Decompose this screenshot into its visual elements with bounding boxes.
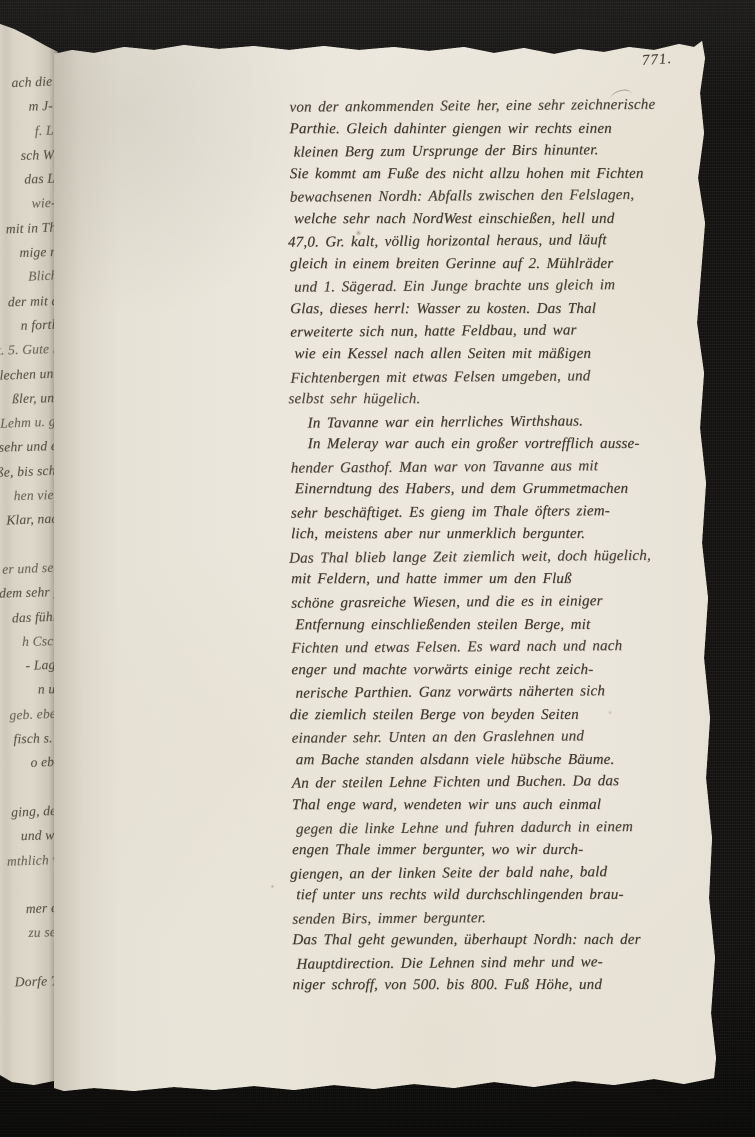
text-fragment-line: mige n bbox=[0, 240, 57, 267]
manuscript-line: Einerndtung des Habers, und dem Grummetm… bbox=[295, 478, 712, 501]
manuscript-line: Sie kommt am Fuße des nicht allzu hohen … bbox=[290, 162, 711, 185]
text-fragment-line: dem sehr ge bbox=[0, 580, 58, 607]
manuscript-line: selbst sehr hügelich. bbox=[288, 388, 711, 411]
manuscript-line: am Bache standen alsdann viele hübsche B… bbox=[296, 749, 713, 772]
text-fragment-line: mthlich war bbox=[0, 847, 58, 875]
manuscript-line: sehr beschäftiget. Es gieng im Thale öft… bbox=[291, 499, 712, 525]
manuscript-line: gleich in einem breiten Gerinne auf 2. M… bbox=[290, 253, 711, 276]
text-fragment-line: älk. 5. Gute h bbox=[0, 337, 58, 364]
text-fragment-line: ging, desto bbox=[0, 798, 58, 826]
manuscript-line: mit Feldern, und hatte immer um den Fluß bbox=[291, 568, 712, 591]
manuscript-line: Fichten und etwas Felsen. Es ward nach u… bbox=[291, 634, 712, 660]
text-fragment-line: f. L bbox=[0, 118, 54, 146]
text-fragment-line: n fortl. bbox=[0, 312, 58, 340]
text-fragment-line: das fühlb. bbox=[0, 604, 58, 632]
text-fragment-line: m J- bbox=[0, 94, 53, 121]
text-fragment-line: ße, bis schl. bbox=[0, 458, 58, 486]
manuscript-line: Das Thal geht gewunden, überhaupt Nordh:… bbox=[292, 929, 713, 952]
manuscript-line: bewachsenen Nordh: Abfalls zwischen den … bbox=[290, 184, 711, 210]
manuscript-line: einander sehr. Unten an den Graslehnen u… bbox=[292, 725, 713, 751]
manuscript-line: schöne grasreiche Wiesen, und die es in … bbox=[291, 589, 712, 615]
manuscript-line: In Meleray war auch ein großer vortreffl… bbox=[308, 433, 712, 456]
text-fragment-line: zu sehen bbox=[0, 920, 58, 947]
manuscript-text-block: von der ankommenden Seite her, eine sehr… bbox=[289, 94, 713, 997]
text-fragment-line: das L bbox=[0, 167, 56, 195]
text-fragment-line: Blich bbox=[0, 264, 58, 292]
text-fragment-line: fisch s. th. bbox=[0, 726, 58, 753]
manuscript-page: 771. von der ankommenden Seite her, eine… bbox=[54, 38, 716, 1092]
text-fragment-line: ßler, und bbox=[0, 386, 58, 413]
manuscript-line: lich, meistens aber nur unmerklich bergu… bbox=[291, 523, 712, 546]
text-fragment-line: o bbox=[0, 531, 58, 558]
manuscript-line: 47,0. Gr. kalt, völlig horizontal heraus… bbox=[288, 229, 711, 255]
manuscript-line: und 1. Sägerad. Ein Junge brachte uns gl… bbox=[294, 274, 711, 300]
text-fragment-line bbox=[0, 944, 58, 972]
text-fragment-line: er und sehr bbox=[0, 555, 58, 583]
manuscript-line: von der ankommenden Seite her, eine sehr… bbox=[289, 93, 710, 119]
text-fragment-line: Dorfe Tava bbox=[0, 969, 58, 996]
manuscript-line: An der steilen Lehne Fichten und Buchen.… bbox=[292, 770, 713, 796]
manuscript-line: Entfernung einschließenden steilen Berge… bbox=[295, 613, 712, 636]
text-fragment-line: h Cschr. bbox=[0, 629, 58, 656]
manuscript-line: giengen, an der linken Seite der bald na… bbox=[290, 860, 713, 886]
manuscript-line: Parthie. Gleich dahinter giengen wir rec… bbox=[290, 117, 711, 140]
text-fragment-line: o ebers bbox=[0, 750, 58, 778]
manuscript-line: Thal enge ward, wendeten wir uns auch ei… bbox=[292, 794, 713, 817]
manuscript-line: Glas, dieses herrl: Wasser zu kosten. Da… bbox=[290, 298, 711, 321]
text-fragment-line bbox=[0, 774, 58, 801]
text-fragment-line: geb. ebend bbox=[0, 701, 58, 729]
manuscript-line: Hauptdirection. Die Lehnen sind mehr und… bbox=[296, 950, 713, 976]
text-fragment-line: hen viele bbox=[0, 483, 58, 510]
text-fragment-line: - Lagen bbox=[0, 652, 58, 680]
manuscript-line: senden Birs, immer bergunter. bbox=[292, 905, 713, 931]
manuscript-line: hender Gasthof. Man war von Tavanne aus … bbox=[291, 454, 712, 480]
text-fragment-line: der mit d bbox=[0, 289, 58, 316]
manuscript-line: wie ein Kessel nach allen Seiten mit mäß… bbox=[294, 343, 711, 366]
manuscript-line: erweiterte sich nun, hatte Feldbau, und … bbox=[290, 319, 711, 345]
text-fragment-line: sehr und es bbox=[0, 434, 58, 461]
manuscript-line: In Tavanne war ein herrliches Wirthshaus… bbox=[307, 409, 711, 435]
text-fragment-line: Klar, nach bbox=[0, 507, 58, 535]
manuscript-line: Das Thal blieb lange Zeit ziemlich weit,… bbox=[289, 544, 712, 570]
manuscript-line: nerische Parthien. Ganz vorwärts näherte… bbox=[295, 680, 712, 706]
text-fragment-line: ach die bbox=[0, 70, 53, 98]
manuscript-line: gegen die linke Lehne und fuhren dadurch… bbox=[296, 815, 713, 841]
text-fragment-line: mit in Th bbox=[0, 215, 57, 243]
facing-page-edge: ach diem J-f. Lsch Wdas Lwie-mit in Thmi… bbox=[0, 18, 58, 1086]
text-fragment-line: n und bbox=[0, 677, 58, 704]
text-fragment-line: lechen und bbox=[0, 361, 58, 389]
text-fragment-line: mer es w bbox=[0, 895, 58, 923]
page-number: 771. bbox=[641, 51, 672, 70]
manuscript-line: niger schroff, von 500. bis 800. Fuß Höh… bbox=[293, 974, 714, 997]
text-fragment-line: und word bbox=[0, 823, 58, 850]
facing-page-text-fragments: ach diem J-f. Lsch Wdas Lwie-mit in Thmi… bbox=[0, 70, 58, 995]
manuscript-line: welche sehr nach NordWest einschießen, h… bbox=[294, 208, 711, 231]
manuscript-line: tief unter uns rechts wild durchschlinge… bbox=[296, 884, 713, 907]
text-fragment-line: Lehm u. ge bbox=[0, 410, 58, 438]
text-fragment-line: wie- bbox=[0, 191, 56, 218]
manuscript-line: die ziemlich steilen Berge von beyden Se… bbox=[290, 704, 713, 727]
manuscript-line: engen Thale immer bergunter, wo wir durc… bbox=[292, 839, 713, 862]
text-fragment-line bbox=[0, 871, 58, 898]
book-scan-background: ach diem J-f. Lsch Wdas Lwie-mit in Thmi… bbox=[0, 0, 755, 1137]
manuscript-line: kleinen Berg zum Ursprunge der Birs hinu… bbox=[294, 138, 711, 164]
text-fragment-line: sch W bbox=[0, 143, 55, 170]
manuscript-line: Fichtenbergen mit etwas Felsen umgeben, … bbox=[290, 364, 711, 390]
manuscript-line: enger und machte vorwärts einige recht z… bbox=[291, 658, 712, 681]
